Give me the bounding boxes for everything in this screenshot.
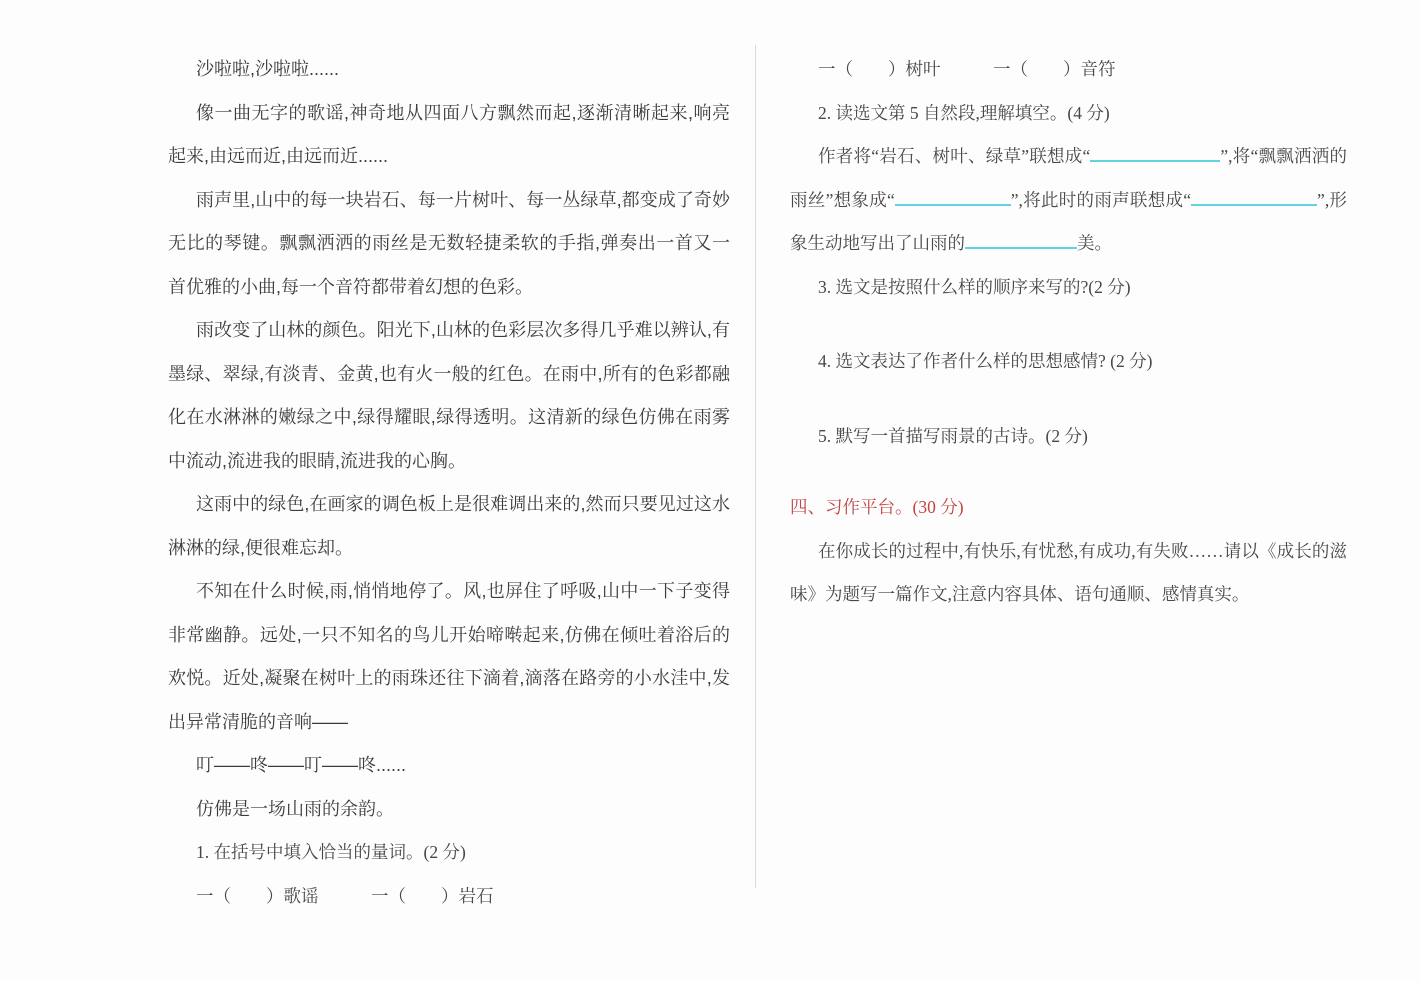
question-5: 5. 默写一首描写雨景的古诗。(2 分): [790, 415, 1347, 459]
passage-paragraph: 仿佛是一场山雨的余韵。: [168, 788, 730, 832]
passage-paragraph: 雨声里,山中的每一块岩石、每一片树叶、每一丛绿草,都变成了奇妙无比的琴键。飘飘洒…: [168, 179, 730, 310]
section-heading-writing: 四、习作平台。(30 分): [790, 486, 1347, 530]
question-2: 2. 读选文第 5 自然段,理解填空。(4 分): [790, 92, 1347, 136]
fill-in-text: 作者将“岩石、树叶、绿草”联想成“: [818, 146, 1090, 166]
question-1: 1. 在括号中填入恰当的量词。(2 分): [168, 831, 730, 875]
column-divider: [755, 45, 756, 888]
question-4: 4. 选文表达了作者什么样的思想感情? (2 分): [790, 340, 1347, 384]
passage-paragraph: 像一曲无字的歌谣,神奇地从四面八方飘然而起,逐渐清晰起来,响亮起来,由远而近,由…: [168, 92, 730, 179]
answer-blank: [1191, 191, 1317, 206]
passage-paragraph: 叮——咚——叮——咚......: [168, 744, 730, 788]
passage-paragraph: 沙啦啦,沙啦啦......: [168, 48, 730, 92]
passage-paragraph: 雨改变了山林的颜色。阳光下,山林的色彩层次多得几乎难以辨认,有墨绿、翠绿,有淡青…: [168, 309, 730, 483]
passage-paragraph: 这雨中的绿色,在画家的调色板上是很难调出来的,然而只要见过这水淋淋的绿,便很难忘…: [168, 483, 730, 570]
passage-paragraph: 不知在什么时候,雨,悄悄地停了。风,也屏住了呼吸,山中一下子变得非常幽静。远处,…: [168, 570, 730, 744]
answer-blank: [965, 234, 1077, 249]
question-1-answer-line-cont: 一（ ）树叶 一（ ）音符: [790, 48, 1347, 92]
essay-prompt: 在你成长的过程中,有快乐,有忧愁,有成功,有失败……请以《成长的滋味》为题写一篇…: [790, 530, 1347, 617]
answer-blank: [1090, 147, 1220, 162]
fill-in-text: 美。: [1077, 233, 1112, 253]
passage: 沙啦啦,沙啦啦......像一曲无字的歌谣,神奇地从四面八方飘然而起,逐渐清晰起…: [168, 48, 730, 831]
fill-in-text: ”,将此时的雨声联想成“: [1011, 190, 1191, 210]
answer-blank: [895, 191, 1011, 206]
question-3: 3. 选文是按照什么样的顺序来写的?(2 分): [790, 266, 1347, 310]
left-column: 沙啦啦,沙啦啦......像一曲无字的歌谣,神奇地从四面八方飘然而起,逐渐清晰起…: [168, 48, 730, 918]
exam-page: 沙啦啦,沙啦啦......像一曲无字的歌谣,神奇地从四面八方飘然而起,逐渐清晰起…: [0, 0, 1421, 982]
right-column: 一（ ）树叶 一（ ）音符 2. 读选文第 5 自然段,理解填空。(4 分) 作…: [790, 48, 1347, 617]
fill-in-line: 作者将“岩石、树叶、绿草”联想成“”,将“飘飘洒洒的雨丝”想象成“”,将此时的雨…: [790, 135, 1347, 266]
question-1-answer-line: 一（ ）歌谣 一（ ）岩石: [168, 875, 730, 919]
